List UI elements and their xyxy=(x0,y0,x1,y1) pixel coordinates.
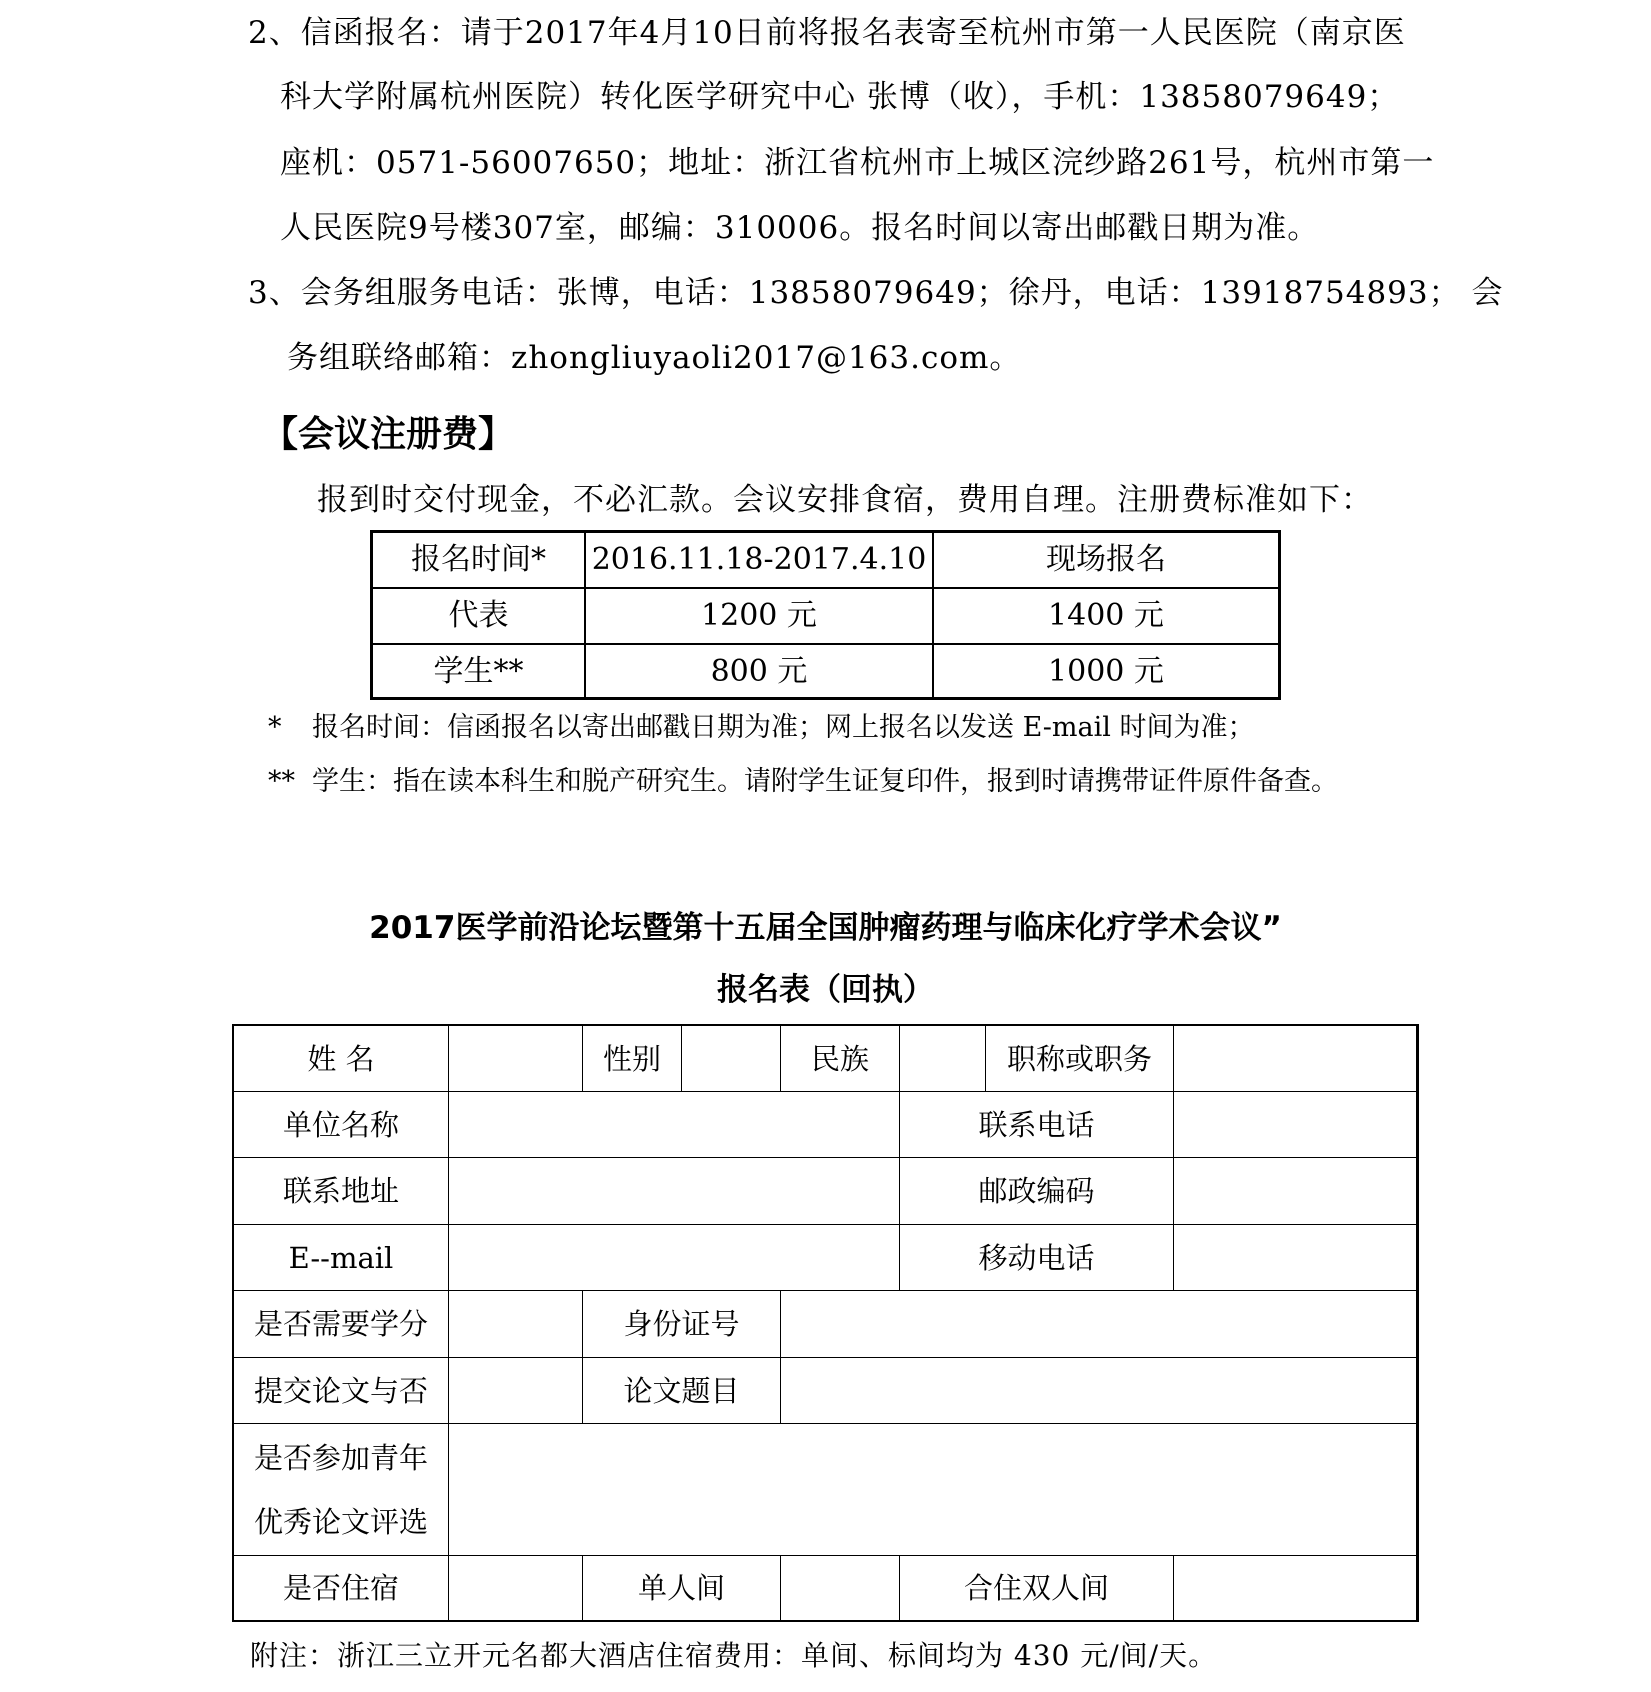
fee-row-student-label: 学生** xyxy=(371,643,586,700)
form-title: 2017医学前沿论坛暨第十五届全国肿瘤药理与临床化疗学术会议” xyxy=(0,908,1651,948)
footnote-2-mark: ** xyxy=(268,764,312,800)
label-young-award: 是否参加青年 优秀论文评选 xyxy=(233,1423,449,1556)
item2-line-1: 2、信函报名：请于2017年4月10日前将报名表寄至杭州市第一人民医院（南京医 xyxy=(248,13,1406,53)
item3-line-2: 务组联络邮箱：zhongliuyaoli2017@163.com。 xyxy=(287,338,1021,378)
address-field[interactable] xyxy=(448,1157,900,1225)
lodging-note: 附注：浙江三立开元名都大酒店住宿费用：单间、标间均为 430 元/间/天。 xyxy=(250,1636,1217,1676)
footnote-1-text: 报名时间：信函报名以寄出邮戳日期为准；网上报名以发送 E-mail 时间为准； xyxy=(312,712,1254,743)
label-shared-double: 合住双人间 xyxy=(899,1555,1174,1621)
fee-row-delegate-label: 代表 xyxy=(371,587,586,645)
item2-line-3: 座机：0571-56007650；地址：浙江省杭州市上城区浣纱路261号，杭州市… xyxy=(280,143,1434,183)
item3-line-1: 3、会务组服务电话：张博，电话：13858079649；徐丹，电话：139187… xyxy=(248,273,1503,313)
fee-row-student-onsite: 1000 元 xyxy=(932,643,1280,700)
submit-paper-field[interactable] xyxy=(448,1357,583,1424)
item2-line-4: 人民医院9号楼307室，邮编：310006。报名时间以寄出邮戳日期为准。 xyxy=(280,208,1319,248)
label-title-position: 职称或职务 xyxy=(985,1025,1174,1092)
gender-field[interactable] xyxy=(681,1025,781,1092)
contact-phone-field[interactable] xyxy=(1173,1091,1417,1158)
label-postal-code: 邮政编码 xyxy=(899,1157,1174,1225)
footnote-1: *报名时间：信函报名以寄出邮戳日期为准；网上报名以发送 E-mail 时间为准； xyxy=(268,710,1254,746)
label-ethnicity: 民族 xyxy=(780,1025,900,1092)
item2-line-2: 科大学附属杭州医院）转化医学研究中心 张博（收），手机：13858079649； xyxy=(280,77,1399,117)
label-young-award-line-1: 是否参加青年 xyxy=(254,1426,428,1490)
label-young-award-line-2: 优秀论文评选 xyxy=(254,1490,428,1554)
fee-header-early: 2016.11.18-2017.4.10 xyxy=(584,531,934,589)
footnote-2: **学生：指在读本科生和脱产研究生。请附学生证复印件，报到时请携带证件原件备查。 xyxy=(268,764,1338,800)
label-need-credit: 是否需要学分 xyxy=(233,1290,449,1358)
fee-row-delegate-early: 1200 元 xyxy=(584,587,934,645)
mobile-field[interactable] xyxy=(1173,1224,1417,1291)
fee-heading: 【会议注册费】 xyxy=(262,413,514,457)
fee-header-period: 报名时间* xyxy=(371,531,586,589)
email-field[interactable] xyxy=(448,1224,900,1291)
label-submit-paper: 提交论文与否 xyxy=(233,1357,449,1424)
id-number-field[interactable] xyxy=(780,1290,1417,1358)
label-mobile: 移动电话 xyxy=(899,1224,1174,1291)
label-email: E--mail xyxy=(233,1224,449,1291)
form-subtitle: 报名表（回执） xyxy=(0,970,1651,1010)
fee-row-student-early: 800 元 xyxy=(584,643,934,700)
paper-title-field[interactable] xyxy=(780,1357,1417,1424)
fee-header-onsite: 现场报名 xyxy=(932,531,1280,589)
label-organization: 单位名称 xyxy=(233,1091,449,1158)
label-contact-phone: 联系电话 xyxy=(899,1091,1174,1158)
young-award-field[interactable] xyxy=(448,1423,1417,1556)
need-credit-field[interactable] xyxy=(448,1290,583,1358)
organization-field[interactable] xyxy=(448,1091,900,1158)
fee-intro: 报到时交付现金，不必汇款。会议安排食宿，费用自理。注册费标准如下： xyxy=(317,480,1373,520)
label-id-number: 身份证号 xyxy=(582,1290,781,1358)
label-gender: 性别 xyxy=(582,1025,682,1092)
postal-code-field[interactable] xyxy=(1173,1157,1417,1225)
footnote-1-mark: * xyxy=(268,710,312,746)
shared-double-field[interactable] xyxy=(1173,1555,1417,1621)
label-lodging: 是否住宿 xyxy=(233,1555,449,1621)
label-single-room: 单人间 xyxy=(582,1555,781,1621)
title-position-field[interactable] xyxy=(1173,1025,1417,1092)
name-field[interactable] xyxy=(448,1025,583,1092)
footnote-2-text: 学生：指在读本科生和脱产研究生。请附学生证复印件，报到时请携带证件原件备查。 xyxy=(312,766,1338,797)
lodging-field[interactable] xyxy=(448,1555,583,1621)
single-room-field[interactable] xyxy=(780,1555,900,1621)
ethnicity-field[interactable] xyxy=(899,1025,986,1092)
fee-row-delegate-onsite: 1400 元 xyxy=(932,587,1280,645)
label-paper-title: 论文题目 xyxy=(582,1357,781,1424)
label-address: 联系地址 xyxy=(233,1157,449,1225)
label-name: 姓 名 xyxy=(233,1025,449,1092)
